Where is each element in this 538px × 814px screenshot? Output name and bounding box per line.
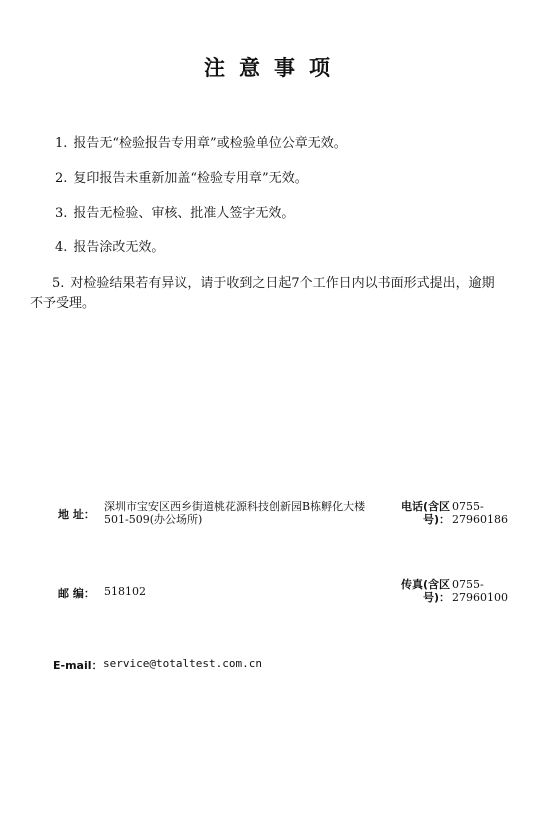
notice-text: 报告无“检验报告专用章”或检验单位公章无效。 — [73, 136, 346, 151]
notice-item-5: 5.对检验结果若有异议，请于收到之日起7个工作日内以书面形式提出，逾期不予受理。 — [30, 274, 500, 314]
address-line-1: 深圳市宝安区西乡街道桃花源科技创新园B栋孵化大楼 — [104, 500, 365, 513]
notice-item-3: 3.报告无检验、审核、批准人签字无效。 — [55, 204, 294, 223]
fax-label: 传真(含区 号)： — [392, 578, 450, 604]
postcode-label: 邮 编： — [58, 585, 95, 601]
address-label: 地 址： — [58, 506, 95, 522]
postcode-value: 518102 — [104, 585, 146, 598]
fax-value: 0755- 27960100 — [452, 578, 508, 604]
address-line-2: 501-509(办公场所) — [104, 513, 365, 526]
document-page: 注意事项 1.报告无“检验报告专用章”或检验单位公章无效。 2.复印报告未重新加… — [0, 0, 538, 814]
notice-text: 复印报告未重新加盖“检验专用章”无效。 — [73, 171, 307, 186]
phone-value: 0755- 27960186 — [452, 500, 508, 526]
notice-item-4: 4.报告涂改无效。 — [55, 238, 164, 257]
notice-text: 报告涂改无效。 — [73, 240, 164, 255]
notice-number: 3. — [55, 204, 67, 223]
notice-number: 4. — [55, 238, 67, 257]
email-label: E-mail： — [53, 657, 103, 673]
notice-text: 对检验结果若有异议，请于收到之日起7个工作日内以书面形式提出，逾期不予受理。 — [30, 276, 495, 311]
notice-item-1: 1.报告无“检验报告专用章”或检验单位公章无效。 — [55, 134, 347, 153]
phone-label: 电话(含区 号)： — [392, 500, 450, 526]
notice-item-2: 2.复印报告未重新加盖“检验专用章”无效。 — [55, 169, 308, 188]
notice-number: 1. — [55, 134, 67, 153]
notice-number: 2. — [55, 169, 67, 188]
page-title: 注意事项 — [0, 52, 538, 82]
address-value: 深圳市宝安区西乡街道桃花源科技创新园B栋孵化大楼 501-509(办公场所) — [104, 500, 365, 526]
notice-number: 5. — [52, 276, 64, 291]
notice-text: 报告无检验、审核、批准人签字无效。 — [73, 206, 294, 221]
email-link[interactable]: service@totaltest.com.cn — [103, 657, 262, 670]
